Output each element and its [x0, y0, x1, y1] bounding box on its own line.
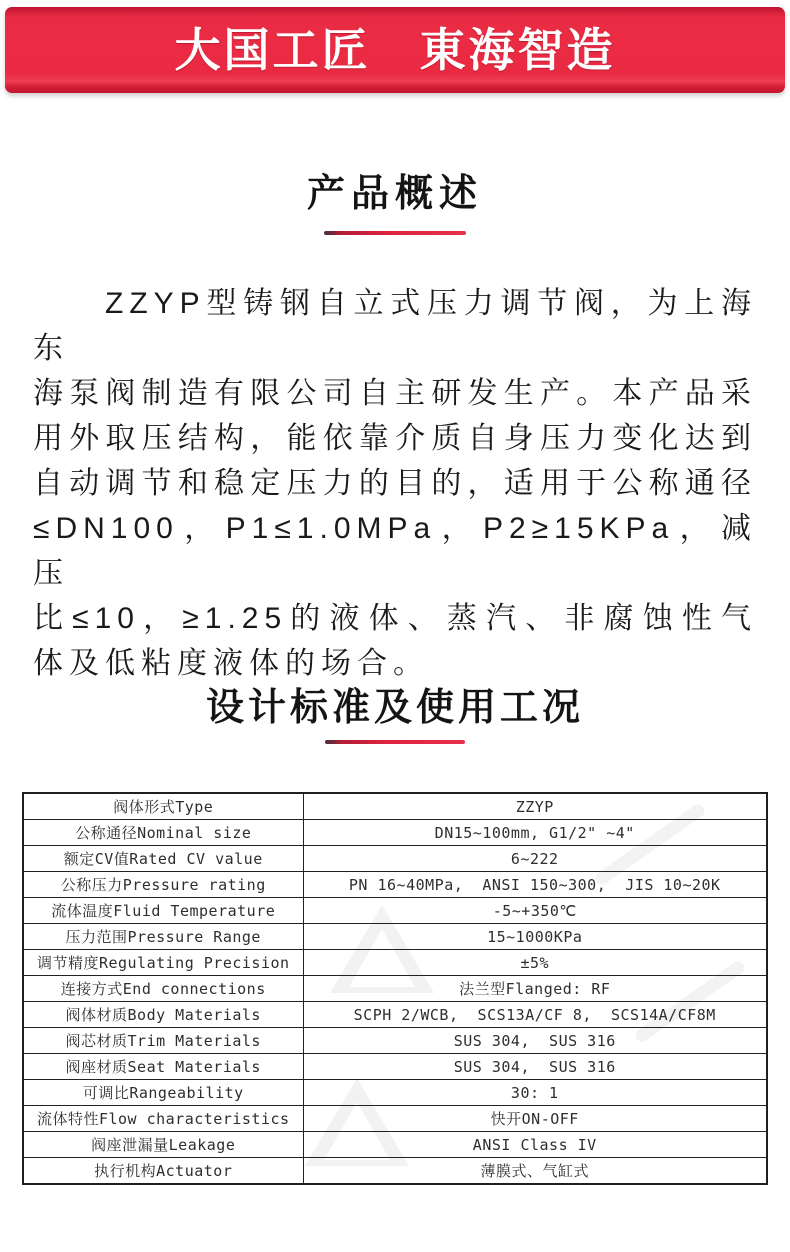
paragraph-line: 自动调节和稳定压力的目的，适用于公称通径	[33, 461, 757, 506]
spec-value-cell: SCPH 2/WCB, SCS13A/CF 8, SCS14A/CF8M	[303, 1002, 767, 1028]
table-row: 流体特性Flow characteristics 快开ON-OFF	[23, 1106, 767, 1132]
spec-value-cell: 15~1000KPa	[303, 924, 767, 950]
heading-underline-design	[325, 740, 465, 744]
overview-paragraph: ZZYP型铸钢自立式压力调节阀，为上海东 海泵阀制造有限公司自主研发生产。本产品…	[33, 281, 757, 686]
table-row: 阀体形式Type ZZYP	[23, 793, 767, 820]
spec-label-cell: 公称通径Nominal size	[23, 820, 303, 846]
table-row: 阀体材质Body Materials SCPH 2/WCB, SCS13A/CF…	[23, 1002, 767, 1028]
table-row: 连接方式End connections 法兰型Flanged: RF	[23, 976, 767, 1002]
spec-value-cell: SUS 304, SUS 316	[303, 1028, 767, 1054]
spec-value-cell: ±5%	[303, 950, 767, 976]
spec-label-cell: 阀体材质Body Materials	[23, 1002, 303, 1028]
spec-label-cell: 阀芯材质Trim Materials	[23, 1028, 303, 1054]
spec-value-cell: -5~+350℃	[303, 898, 767, 924]
spec-value-cell: PN 16~40MPa, ANSI 150~300, JIS 10~20K	[303, 872, 767, 898]
paragraph-line: ZZYP型铸钢自立式压力调节阀，为上海东	[33, 281, 757, 371]
spec-value-cell: SUS 304, SUS 316	[303, 1054, 767, 1080]
spec-label-cell: 阀座材质Seat Materials	[23, 1054, 303, 1080]
section-title-design: 设计标准及使用工况	[0, 676, 790, 731]
spec-value-cell: 法兰型Flanged: RF	[303, 976, 767, 1002]
table-row: 阀座泄漏量Leakage ANSI Class IV	[23, 1132, 767, 1158]
spec-value-cell: ZZYP	[303, 793, 767, 820]
table-row: 流体温度Fluid Temperature -5~+350℃	[23, 898, 767, 924]
spec-value-cell: 薄膜式、气缸式	[303, 1158, 767, 1185]
table-row: 公称通径Nominal size DN15~100mm, G1/2" ~4"	[23, 820, 767, 846]
brand-banner: 大国工匠 東海智造	[5, 7, 785, 93]
table-row: 执行机构Actuator 薄膜式、气缸式	[23, 1158, 767, 1185]
spec-label-cell: 调节精度Regulating Precision	[23, 950, 303, 976]
table-row: 额定CV值Rated CV value 6~222	[23, 846, 767, 872]
paragraph-line: 用外取压结构，能依靠介质自身压力变化达到	[33, 416, 757, 461]
spec-label-cell: 可调比Rangeability	[23, 1080, 303, 1106]
spec-label-cell: 连接方式End connections	[23, 976, 303, 1002]
table-row: 公称压力Pressure rating PN 16~40MPa, ANSI 15…	[23, 872, 767, 898]
spec-label-cell: 流体特性Flow characteristics	[23, 1106, 303, 1132]
table-row: 可调比Rangeability 30: 1	[23, 1080, 767, 1106]
spec-value-cell: 6~222	[303, 846, 767, 872]
spec-value-cell: 快开ON-OFF	[303, 1106, 767, 1132]
spec-label-cell: 额定CV值Rated CV value	[23, 846, 303, 872]
paragraph-line: ≤DN100，P1≤1.0MPa，P2≥15KPa，减压	[33, 506, 757, 596]
paragraph-line: 海泵阀制造有限公司自主研发生产。本产品采	[33, 371, 757, 416]
spec-label-cell: 阀座泄漏量Leakage	[23, 1132, 303, 1158]
spec-label-cell: 公称压力Pressure rating	[23, 872, 303, 898]
table-row: 调节精度Regulating Precision ±5%	[23, 950, 767, 976]
table-row: 压力范围Pressure Range 15~1000KPa	[23, 924, 767, 950]
heading-underline-overview	[324, 231, 466, 235]
spec-table: 阀体形式Type ZZYP 公称通径Nominal size DN15~100m…	[22, 792, 768, 1185]
table-row: 阀座材质Seat Materials SUS 304, SUS 316	[23, 1054, 767, 1080]
spec-value-cell: ANSI Class IV	[303, 1132, 767, 1158]
spec-label-cell: 执行机构Actuator	[23, 1158, 303, 1185]
table-row: 阀芯材质Trim Materials SUS 304, SUS 316	[23, 1028, 767, 1054]
spec-label-cell: 阀体形式Type	[23, 793, 303, 820]
spec-value-cell: 30: 1	[303, 1080, 767, 1106]
banner-title: 大国工匠 東海智造	[5, 7, 785, 93]
spec-value-cell: DN15~100mm, G1/2" ~4"	[303, 820, 767, 846]
spec-label-cell: 流体温度Fluid Temperature	[23, 898, 303, 924]
spec-label-cell: 压力范围Pressure Range	[23, 924, 303, 950]
section-title-overview: 产品概述	[0, 162, 790, 217]
paragraph-line: 比≤10，≥1.25的液体、蒸汽、非腐蚀性气	[33, 596, 757, 641]
